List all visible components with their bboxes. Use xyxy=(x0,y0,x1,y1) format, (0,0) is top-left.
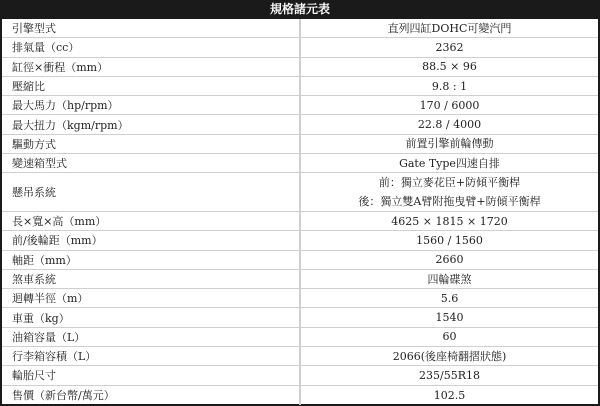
row-value: 235/55R18 xyxy=(301,366,598,384)
row-label: 懸吊系統 xyxy=(2,173,301,211)
row-value: 2066(後座椅翻摺狀態) xyxy=(301,347,598,365)
table-row: 前/後輪距（mm） 1560 / 1560 xyxy=(2,231,598,250)
table-row: 缸徑×衝程（mm） 88.5 × 96 xyxy=(2,58,598,77)
row-value: 1540 xyxy=(301,308,598,326)
table-row: 長×寬×高（mm） 4625 × 1815 × 1720 xyxy=(2,212,598,231)
row-label: 迴轉半徑（m） xyxy=(2,289,301,307)
row-label: 車重（kg） xyxy=(2,308,301,326)
table-row: 售價（新台幣/萬元） 102.5 xyxy=(2,386,598,405)
row-value: 四輪碟煞 xyxy=(301,270,598,288)
row-label: 行李箱容積（L） xyxy=(2,347,301,365)
front-suspension: 前：獨立麥花臣+防傾平衡桿 xyxy=(379,173,520,192)
row-label: 油箱容量（L） xyxy=(2,328,301,346)
table-row: 軸距（mm） 2660 xyxy=(2,251,598,270)
row-label: 軸距（mm） xyxy=(2,251,301,269)
row-label: 變速箱型式 xyxy=(2,154,301,172)
table-row: 最大扭力（kgm/rpm） 22.8 / 4000 xyxy=(2,115,598,134)
table-row: 排氣量（cc） 2362 xyxy=(2,38,598,57)
row-label: 驅動方式 xyxy=(2,135,301,153)
row-label: 長×寬×高（mm） xyxy=(2,212,301,230)
row-label: 輪胎尺寸 xyxy=(2,366,301,384)
table-row: 驅動方式 前置引擎前輪傳動 xyxy=(2,135,598,154)
row-value: 102.5 xyxy=(301,386,598,405)
row-value: 4625 × 1815 × 1720 xyxy=(301,212,598,230)
row-label: 缸徑×衝程（mm） xyxy=(2,58,301,76)
row-value: 170 / 6000 xyxy=(301,96,598,114)
row-value: Gate Type四速自排 xyxy=(301,154,598,172)
table-row: 油箱容量（L） 60 xyxy=(2,328,598,347)
row-label: 引擎型式 xyxy=(2,19,301,37)
table-row: 壓縮比 9.8 : 1 xyxy=(2,77,598,96)
row-label: 最大馬力（hp/rpm） xyxy=(2,96,301,114)
table-row-suspension: 懸吊系統 前：獨立麥花臣+防傾平衡桿 後：獨立雙A臂附拖曳臂+防傾平衡桿 xyxy=(2,173,598,212)
row-label: 煞車系統 xyxy=(2,270,301,288)
row-value: 22.8 / 4000 xyxy=(301,115,598,133)
row-value: 1560 / 1560 xyxy=(301,231,598,249)
table-row: 輪胎尺寸 235/55R18 xyxy=(2,366,598,385)
table-row: 引擎型式 直列四缸DOHC可變汽門 xyxy=(2,19,598,38)
row-value: 前：獨立麥花臣+防傾平衡桿 後：獨立雙A臂附拖曳臂+防傾平衡桿 xyxy=(301,173,598,211)
table-title: 規格諸元表 xyxy=(0,0,600,19)
row-label: 前/後輪距（mm） xyxy=(2,231,301,249)
table-row: 車重（kg） 1540 xyxy=(2,308,598,327)
row-label: 最大扭力（kgm/rpm） xyxy=(2,115,301,133)
row-value: 88.5 × 96 xyxy=(301,58,598,76)
rear-suspension: 後：獨立雙A臂附拖曳臂+防傾平衡桿 xyxy=(358,192,540,211)
row-label: 售價（新台幣/萬元） xyxy=(2,386,301,405)
spec-table: 規格諸元表 引擎型式 直列四缸DOHC可變汽門 排氣量（cc） 2362 缸徑×… xyxy=(0,0,600,406)
table-row: 變速箱型式 Gate Type四速自排 xyxy=(2,154,598,173)
row-value: 60 xyxy=(301,328,598,346)
row-value: 9.8 : 1 xyxy=(301,77,598,95)
table-row: 煞車系統 四輪碟煞 xyxy=(2,270,598,289)
table-row: 迴轉半徑（m） 5.6 xyxy=(2,289,598,308)
row-value: 2362 xyxy=(301,38,598,56)
table-row: 最大馬力（hp/rpm） 170 / 6000 xyxy=(2,96,598,115)
row-value: 2660 xyxy=(301,251,598,269)
row-value: 5.6 xyxy=(301,289,598,307)
row-label: 壓縮比 xyxy=(2,77,301,95)
table-row: 行李箱容積（L） 2066(後座椅翻摺狀態) xyxy=(2,347,598,366)
row-value: 前置引擎前輪傳動 xyxy=(301,135,598,153)
row-value: 直列四缸DOHC可變汽門 xyxy=(301,19,598,37)
row-label: 排氣量（cc） xyxy=(2,38,301,56)
